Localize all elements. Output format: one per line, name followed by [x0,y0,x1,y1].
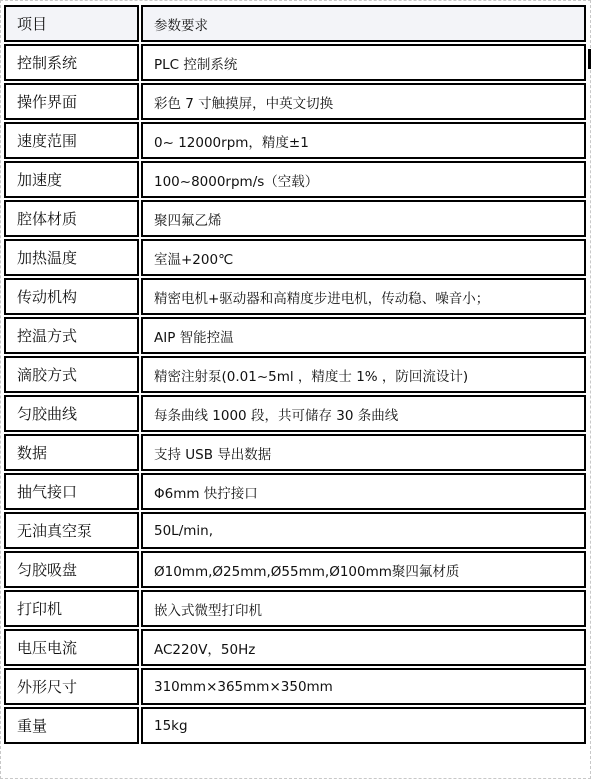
row-value: AIP 智能控温 [141,317,586,354]
row-value: 聚四氟乙烯 [141,200,586,237]
row-value: 室温+200℃ [141,239,586,276]
row-key: 传动机构 [4,278,139,315]
table-row: 电压电流 AC220V，50Hz [4,629,586,666]
table-row: 速度范围 0~ 12000rpm，精度±1 [4,122,586,159]
table-row: 外形尺寸 310mm×365mm×350mm [4,668,586,705]
table-row: 加速度 100~8000rpm/s（空载） [4,161,586,198]
table-row: 匀胶曲线 每条曲线 1000 段，共可储存 30 条曲线 [4,395,586,432]
header-item: 项目 [4,5,139,42]
table-row: 抽气接口 Φ6mm 快拧接口 [4,473,586,510]
table-row: 匀胶吸盘 Ø10mm,Ø25mm,Ø55mm,Ø100mm聚四氟材质 [4,551,586,588]
table-row: 重量 15kg [4,707,586,744]
row-value: Φ6mm 快拧接口 [141,473,586,510]
row-key: 加热温度 [4,239,139,276]
row-value: PLC 控制系统 [141,44,586,81]
table-row: 控制系统 PLC 控制系统 [4,44,586,81]
row-key: 抽气接口 [4,473,139,510]
table-row: 打印机 嵌入式微型打印机 [4,590,586,627]
table-row: 加热温度 室温+200℃ [4,239,586,276]
table-header-row: 项目 参数要求 [4,5,586,42]
row-key: 加速度 [4,161,139,198]
table-row: 数据 支持 USB 导出数据 [4,434,586,471]
row-key: 控温方式 [4,317,139,354]
row-key: 匀胶曲线 [4,395,139,432]
row-value: 310mm×365mm×350mm [141,668,586,705]
row-key: 操作界面 [4,83,139,120]
row-key: 电压电流 [4,629,139,666]
row-value: 彩色 7 寸触摸屏，中英文切换 [141,83,586,120]
row-value: AC220V，50Hz [141,629,586,666]
header-param: 参数要求 [141,5,586,42]
row-value: 15kg [141,707,586,744]
table-row: 操作界面 彩色 7 寸触摸屏，中英文切换 [4,83,586,120]
row-key: 外形尺寸 [4,668,139,705]
row-value: 精密电机+驱动器和高精度步进电机，传动稳、噪音小； [141,278,586,315]
row-value: 0~ 12000rpm，精度±1 [141,122,586,159]
row-key: 速度范围 [4,122,139,159]
row-value: 100~8000rpm/s（空载） [141,161,586,198]
table-row: 滴胶方式 精密注射泵(0.01~5ml ，精度士 1% ，防回流设计) [4,356,586,393]
row-value: 50L/min, [141,512,586,549]
row-value: 精密注射泵(0.01~5ml ，精度士 1% ，防回流设计) [141,356,586,393]
row-value: 嵌入式微型打印机 [141,590,586,627]
row-value: 支持 USB 导出数据 [141,434,586,471]
row-key: 滴胶方式 [4,356,139,393]
row-key: 重量 [4,707,139,744]
row-key: 控制系统 [4,44,139,81]
table-row: 传动机构 精密电机+驱动器和高精度步进电机，传动稳、噪音小； [4,278,586,315]
table-row: 无油真空泵 50L/min, [4,512,586,549]
row-key: 匀胶吸盘 [4,551,139,588]
row-key: 无油真空泵 [4,512,139,549]
row-value: Ø10mm,Ø25mm,Ø55mm,Ø100mm聚四氟材质 [141,551,586,588]
table-row: 腔体材质 聚四氟乙烯 [4,200,586,237]
table-row: 控温方式 AIP 智能控温 [4,317,586,354]
row-key: 打印机 [4,590,139,627]
row-value: 每条曲线 1000 段，共可储存 30 条曲线 [141,395,586,432]
row-key: 数据 [4,434,139,471]
row-key: 腔体材质 [4,200,139,237]
spec-table: 项目 参数要求 控制系统 PLC 控制系统 操作界面 彩色 7 寸触摸屏，中英文… [2,3,588,746]
